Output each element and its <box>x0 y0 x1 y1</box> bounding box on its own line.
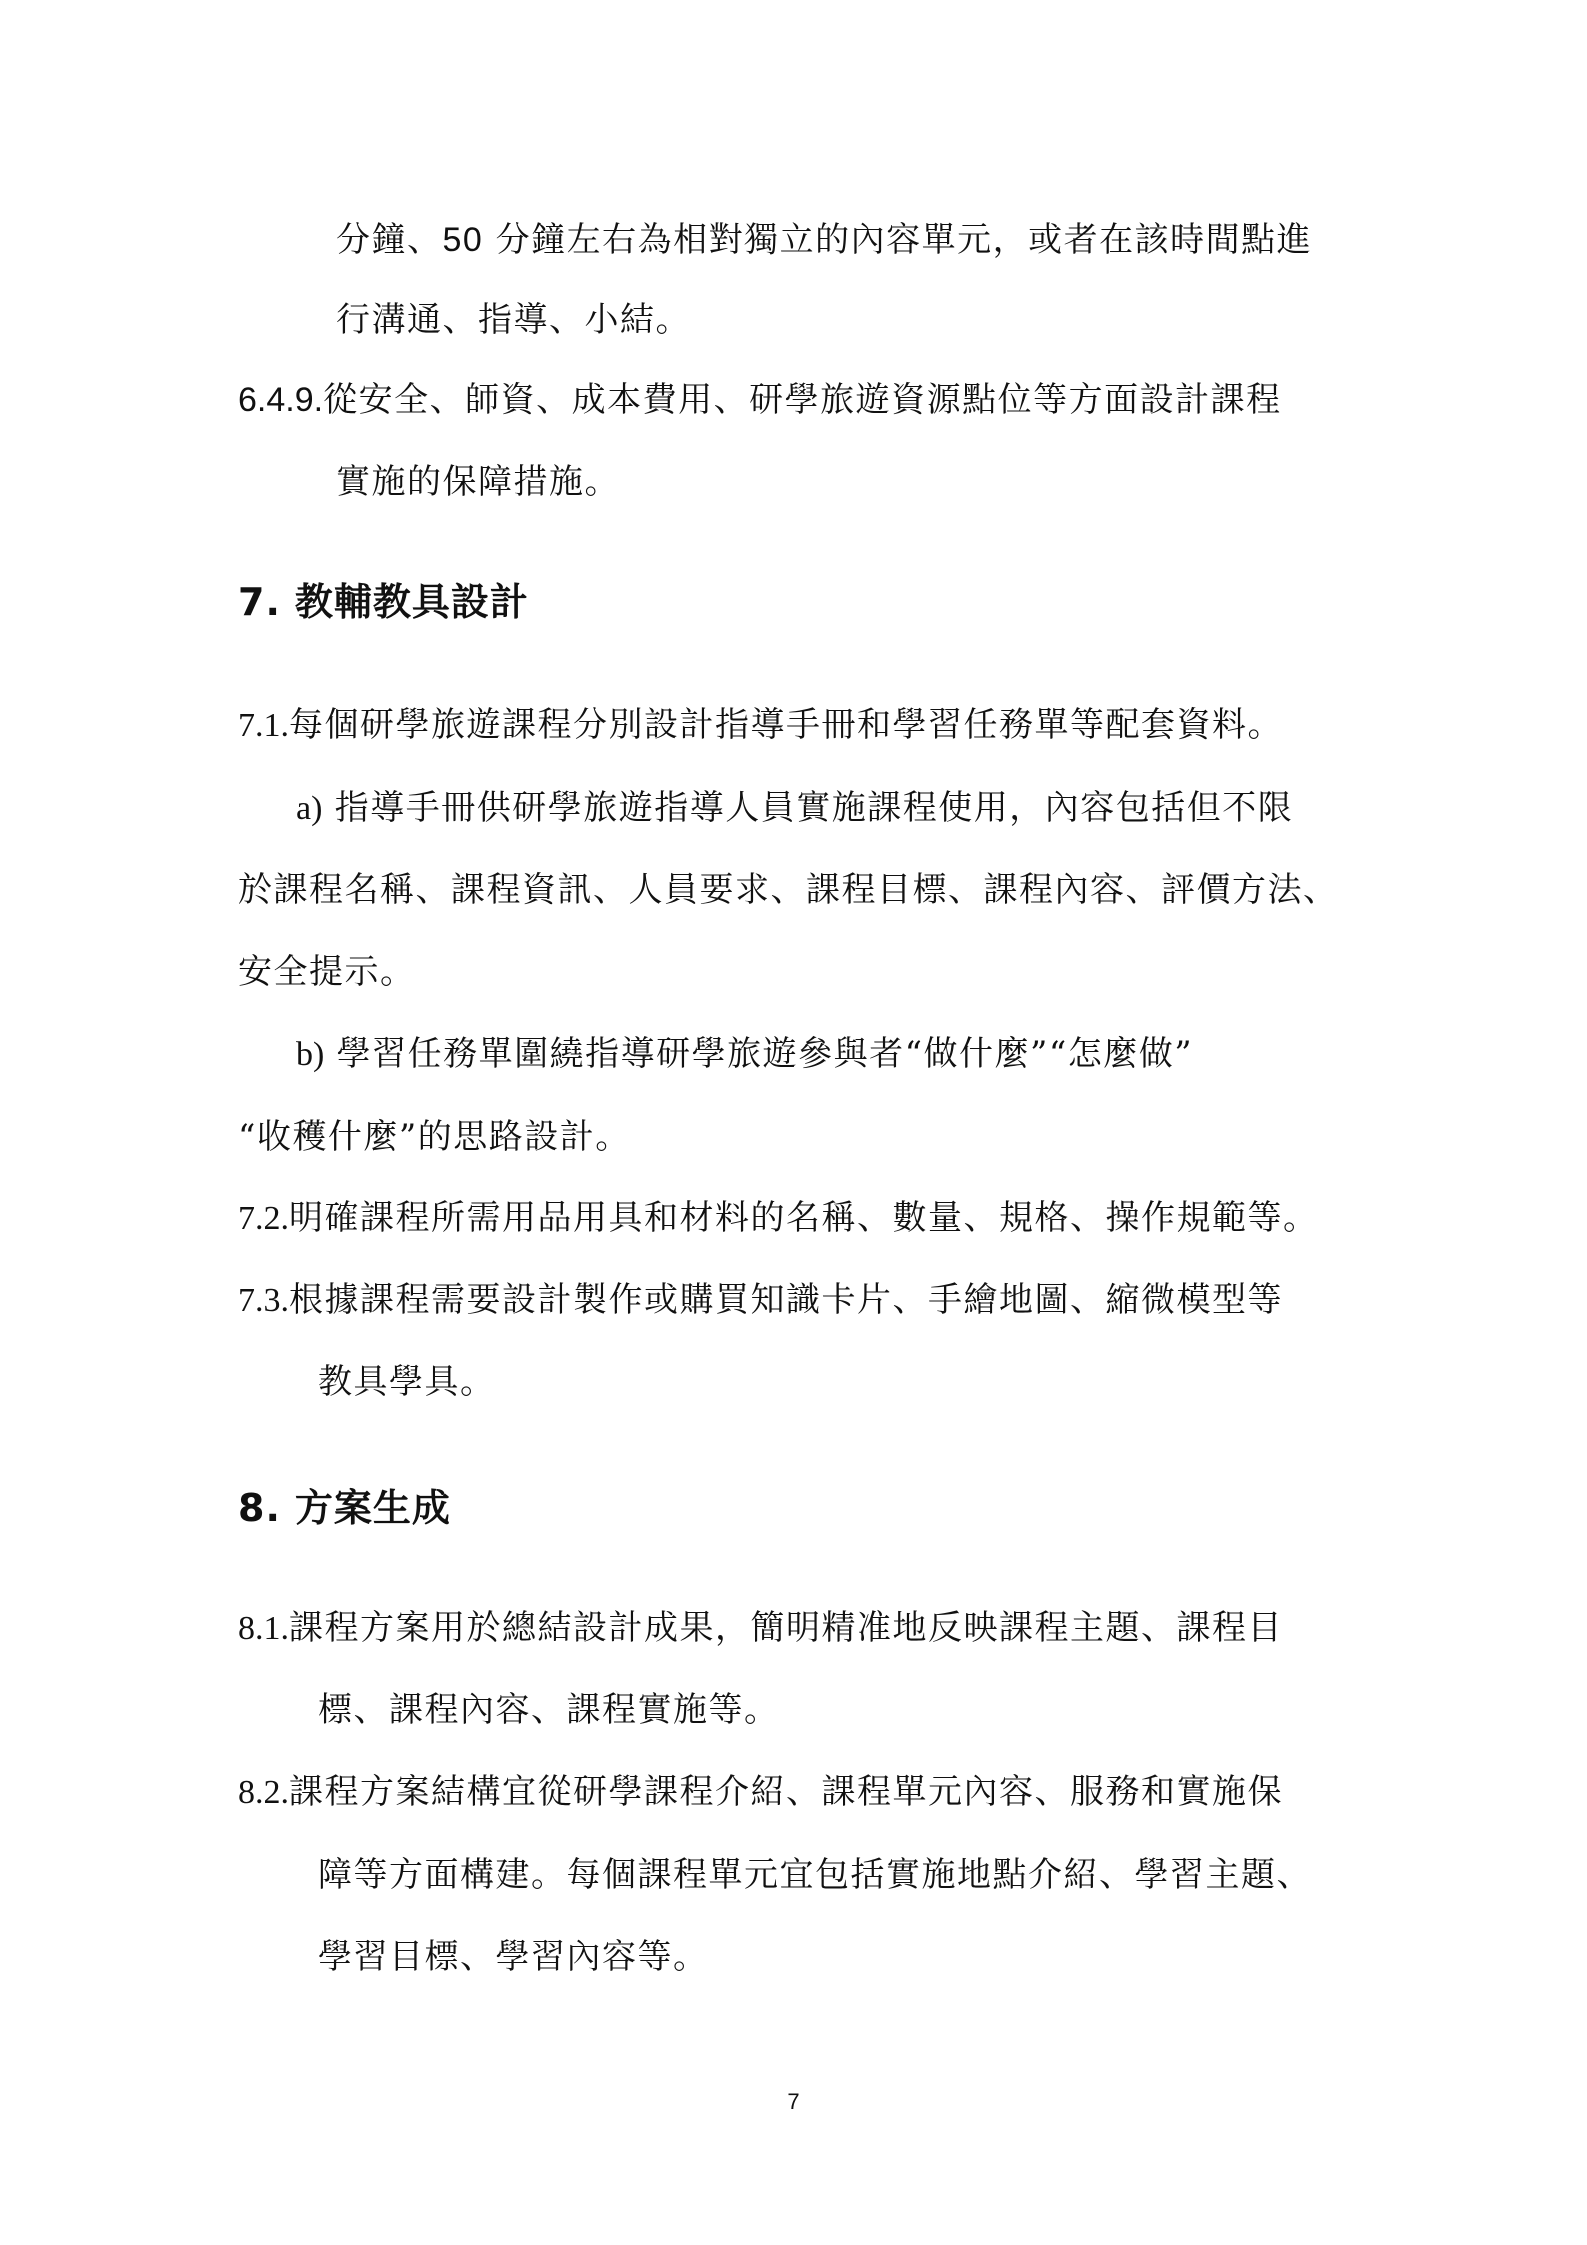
section-title: 教輔教具設計 <box>295 580 529 624</box>
list-item-6-4-9: 6.4.9.從安全、師資、成本費用、研學旅遊資源點位等方面設計課程 <box>238 378 1282 422</box>
item-label: 7.2. <box>238 1200 289 1237</box>
item-label: 8.1. <box>238 1610 289 1647</box>
item-text: 課程方案結構宜從研學課程介紹、課程單元內容、服務和實施保 <box>289 1772 1283 1812</box>
item-label: 7.3. <box>238 1282 289 1319</box>
paragraph-line: 學習目標、學習內容等。 <box>318 1935 709 1979</box>
paragraph-line: 標、課程內容、課程實施等。 <box>318 1688 780 1732</box>
section-heading-8: 8.方案生成 <box>238 1484 451 1532</box>
sub-item-text: 指導手冊供研學旅遊指導人員實施課程使用，內容包括但不限 <box>335 788 1294 828</box>
list-item-7-1: 7.1.每個研學旅遊課程分別設計指導手冊和學習任務單等配套資料。 <box>238 703 1283 748</box>
item-text: 每個研學旅遊課程分別設計指導手冊和學習任務單等配套資料。 <box>289 705 1283 745</box>
paragraph-line: 安全提示。 <box>238 950 416 994</box>
sub-item-text: 學習任務單圍繞指導研學旅遊參與者“做什麼”“怎麼做” <box>337 1034 1194 1074</box>
item-label: 6.4.9. <box>238 381 323 419</box>
text-fragment: 分鐘左右為相對獨立的內容單元，或者在該時間點進 <box>483 220 1312 260</box>
list-item-7-2: 7.2.明確課程所需用品用具和材料的名稱、數量、規格、操作規範等。 <box>238 1196 1319 1241</box>
section-number: 8. <box>238 1486 281 1530</box>
section-title: 方案生成 <box>295 1486 451 1530</box>
sub-item-label: a) <box>296 790 322 827</box>
paragraph-line: 行溝通、指導、小結。 <box>336 298 691 342</box>
list-item-7-3: 7.3.根據課程需要設計製作或購買知識卡片、手繪地圖、縮微模型等 <box>238 1278 1283 1323</box>
item-text: 從安全、師資、成本費用、研學旅遊資源點位等方面設計課程 <box>323 380 1282 420</box>
number-fragment: 50 <box>443 221 484 259</box>
list-item-8-2: 8.2.課程方案結構宜從研學課程介紹、課程單元內容、服務和實施保 <box>238 1770 1283 1815</box>
paragraph-line: 於課程名稱、課程資訊、人員要求、課程目標、課程內容、評價方法、 <box>238 868 1339 912</box>
section-heading-7: 7.教輔教具設計 <box>238 578 529 626</box>
paragraph-line: “收穫什麼”的思路設計。 <box>238 1115 631 1159</box>
section-number: 7. <box>238 580 281 624</box>
item-text: 明確課程所需用品用具和材料的名稱、數量、規格、操作規範等。 <box>289 1198 1319 1238</box>
list-item-8-1: 8.1.課程方案用於總結設計成果，簡明精准地反映課程主題、課程目 <box>238 1606 1283 1651</box>
page-number: 7 <box>0 2088 1587 2116</box>
paragraph-line: 分鐘、50 分鐘左右為相對獨立的內容單元，或者在該時間點進 <box>336 218 1312 262</box>
item-label: 7.1. <box>238 707 289 744</box>
paragraph-line: 障等方面構建。每個課程單元宜包括實施地點介紹、學習主題、 <box>318 1853 1312 1897</box>
sub-item-b: b) 學習任務單圍繞指導研學旅遊參與者“做什麼”“怎麼做” <box>296 1032 1193 1077</box>
sub-item-a: a) 指導手冊供研學旅遊指導人員實施課程使用，內容包括但不限 <box>296 786 1293 831</box>
paragraph-line: 教具學具。 <box>318 1360 496 1404</box>
paragraph-line: 實施的保障措施。 <box>336 460 620 504</box>
item-label: 8.2. <box>238 1774 289 1811</box>
text-fragment: 分鐘、 <box>336 220 443 260</box>
document-page: 分鐘、50 分鐘左右為相對獨立的內容單元，或者在該時間點進 行溝通、指導、小結。… <box>0 0 1587 2245</box>
sub-item-label: b) <box>296 1036 324 1073</box>
item-text: 課程方案用於總結設計成果，簡明精准地反映課程主題、課程目 <box>289 1608 1283 1648</box>
item-text: 根據課程需要設計製作或購買知識卡片、手繪地圖、縮微模型等 <box>289 1280 1283 1320</box>
